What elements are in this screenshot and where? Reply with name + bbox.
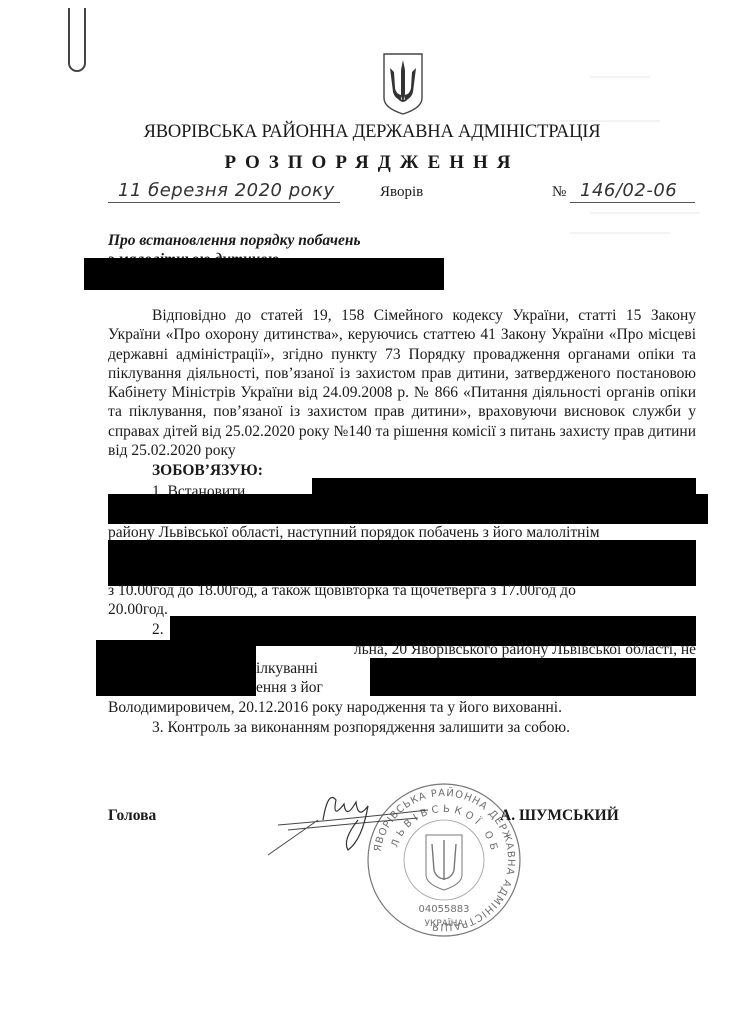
handwritten-date: 11 березня 2020 року bbox=[118, 180, 335, 201]
item-2-line-4: ення з йог bbox=[256, 678, 744, 697]
svg-text:УКРАЇНА: УКРАЇНА bbox=[424, 918, 464, 929]
trident-emblem-icon bbox=[382, 52, 424, 116]
svg-text:04055883: 04055883 bbox=[419, 904, 470, 915]
subject-line-1: Про встановлення порядку побачень bbox=[108, 231, 428, 250]
bleed-through bbox=[590, 212, 700, 214]
bleed-through bbox=[590, 76, 650, 78]
order-heading: ЗОБОВ’ЯЗУЮ: bbox=[152, 462, 263, 480]
preamble-paragraph: Відповідно до статей 19, 158 Сімейного к… bbox=[108, 306, 696, 460]
item-2-line-5: Володимировичем, 20.12.2016 року народже… bbox=[108, 698, 696, 717]
handwritten-number: 146/02-06 bbox=[580, 180, 677, 201]
item-1-line-6: з 10.00год до 18.00год, а також щовівтор… bbox=[108, 581, 696, 600]
redaction-block bbox=[108, 540, 696, 586]
city-label: Яворів bbox=[380, 184, 423, 201]
signatory-name: А. ШУМСЬКИЙ bbox=[500, 807, 619, 825]
document-title: РОЗПОРЯДЖЕННЯ bbox=[0, 152, 744, 174]
number-sign: № bbox=[552, 184, 566, 201]
item-3: 3. Контроль за виконанням розпорядження … bbox=[152, 718, 740, 737]
item-2-line-2: льна, 20 Яворівського району Львівської … bbox=[256, 640, 696, 659]
redaction-block bbox=[84, 258, 444, 290]
redaction-block bbox=[108, 494, 708, 524]
signatory-title: Голова bbox=[108, 807, 156, 825]
redaction-block bbox=[96, 640, 256, 696]
bleed-through bbox=[570, 232, 670, 234]
handwritten-signature-icon bbox=[258, 780, 448, 870]
paperclip-icon bbox=[68, 8, 86, 72]
agency-name: ЯВОРІВСЬКА РАЙОННА ДЕРЖАВНА АДМІНІСТРАЦІ… bbox=[0, 122, 744, 143]
